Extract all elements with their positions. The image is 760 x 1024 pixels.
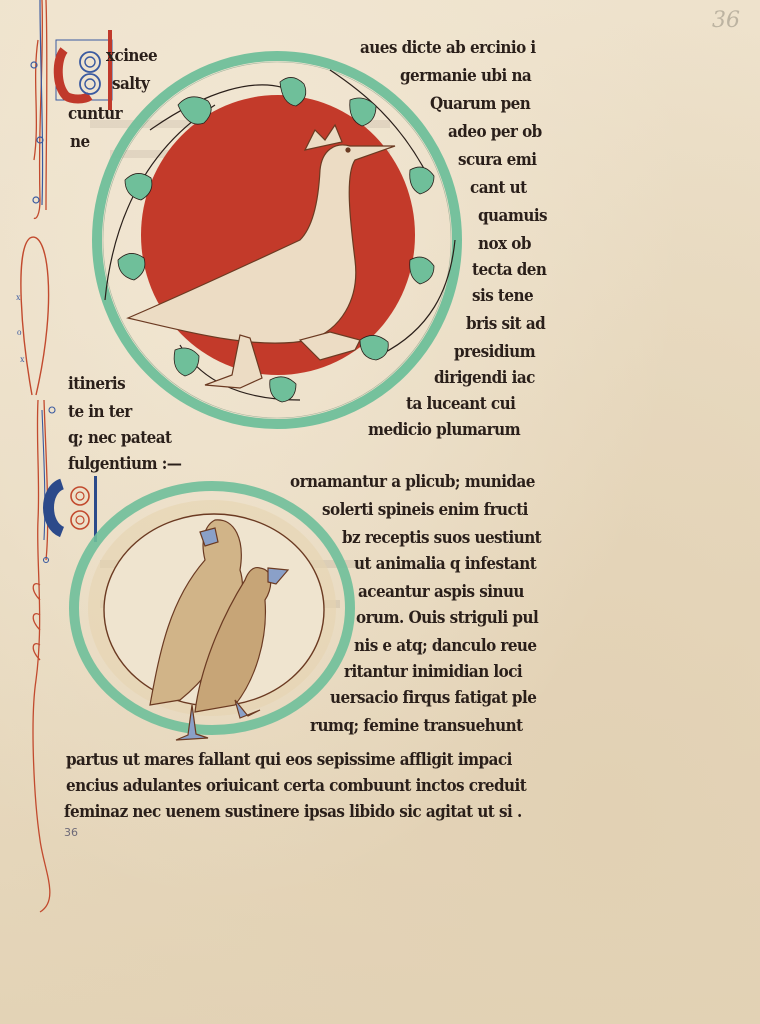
text-line: Quarum pen xyxy=(430,96,530,113)
bottom-roundel-illustration xyxy=(74,486,350,740)
folio-number: 36 xyxy=(712,8,740,33)
manuscript-page: xox xyxy=(0,0,760,1024)
margin-flourish-mid xyxy=(33,400,50,912)
text-line: dirigendi iac xyxy=(434,370,535,387)
initial-c xyxy=(49,476,98,542)
text-line: rumq; femine transuehunt xyxy=(310,718,523,735)
text-line: te in ter xyxy=(68,404,132,421)
text-line: itineris xyxy=(68,376,125,393)
text-line: adeo per ob xyxy=(448,124,542,141)
text-line: ta luceant cui xyxy=(406,396,515,413)
text-line: presidium xyxy=(454,344,535,361)
top-roundel-illustration xyxy=(97,56,457,424)
text-line: partus ut mares fallant qui eos sepissim… xyxy=(66,752,512,769)
text-line: germanie ubi na xyxy=(400,68,531,85)
text-line: salty xyxy=(112,76,149,93)
text-line: sis tene xyxy=(472,288,533,305)
text-line: orum. Ouis striguli pul xyxy=(356,610,538,627)
text-line: scura emi xyxy=(458,152,536,169)
text-line: aues dicte ab ercinio i xyxy=(360,40,536,57)
text-line: encius adulantes oriuicant certa combuun… xyxy=(66,778,526,795)
initial-e xyxy=(56,30,112,110)
text-line: bris sit ad xyxy=(466,316,545,333)
svg-text:x: x xyxy=(20,354,25,364)
text-line: nis e atq; danculo reue xyxy=(354,638,537,655)
marginal-number: 36 xyxy=(64,826,78,839)
margin-loop xyxy=(21,237,49,395)
text-line: aceantur aspis sinuu xyxy=(358,584,524,601)
text-line: ut animalia q infestant xyxy=(354,556,536,573)
text-line: ritantur inimidian loci xyxy=(344,664,522,681)
text-line: ne xyxy=(70,134,90,151)
text-line: ornamantur a plicub; munidae xyxy=(290,474,535,491)
text-line: cuntur xyxy=(68,106,122,123)
text-line: feminaz nec uenem sustinere ipsas libido… xyxy=(64,804,522,821)
text-line: q; nec pateat xyxy=(68,430,172,447)
text-line: bz receptis suos uestiunt xyxy=(342,530,541,547)
text-line: uersacio firqus fatigat ple xyxy=(330,690,536,707)
text-line: quamuis xyxy=(478,208,547,225)
text-line: tecta den xyxy=(472,262,546,279)
svg-text:o: o xyxy=(17,327,22,337)
text-line: cant ut xyxy=(470,180,527,197)
svg-text:x: x xyxy=(16,292,21,302)
text-line: solerti spineis enim fructi xyxy=(322,502,528,519)
text-line: nox ob xyxy=(478,236,531,253)
text-line: xcinee xyxy=(106,48,157,65)
text-line: medicio plumarum xyxy=(368,422,520,439)
text-line: fulgentium :— xyxy=(68,456,181,473)
